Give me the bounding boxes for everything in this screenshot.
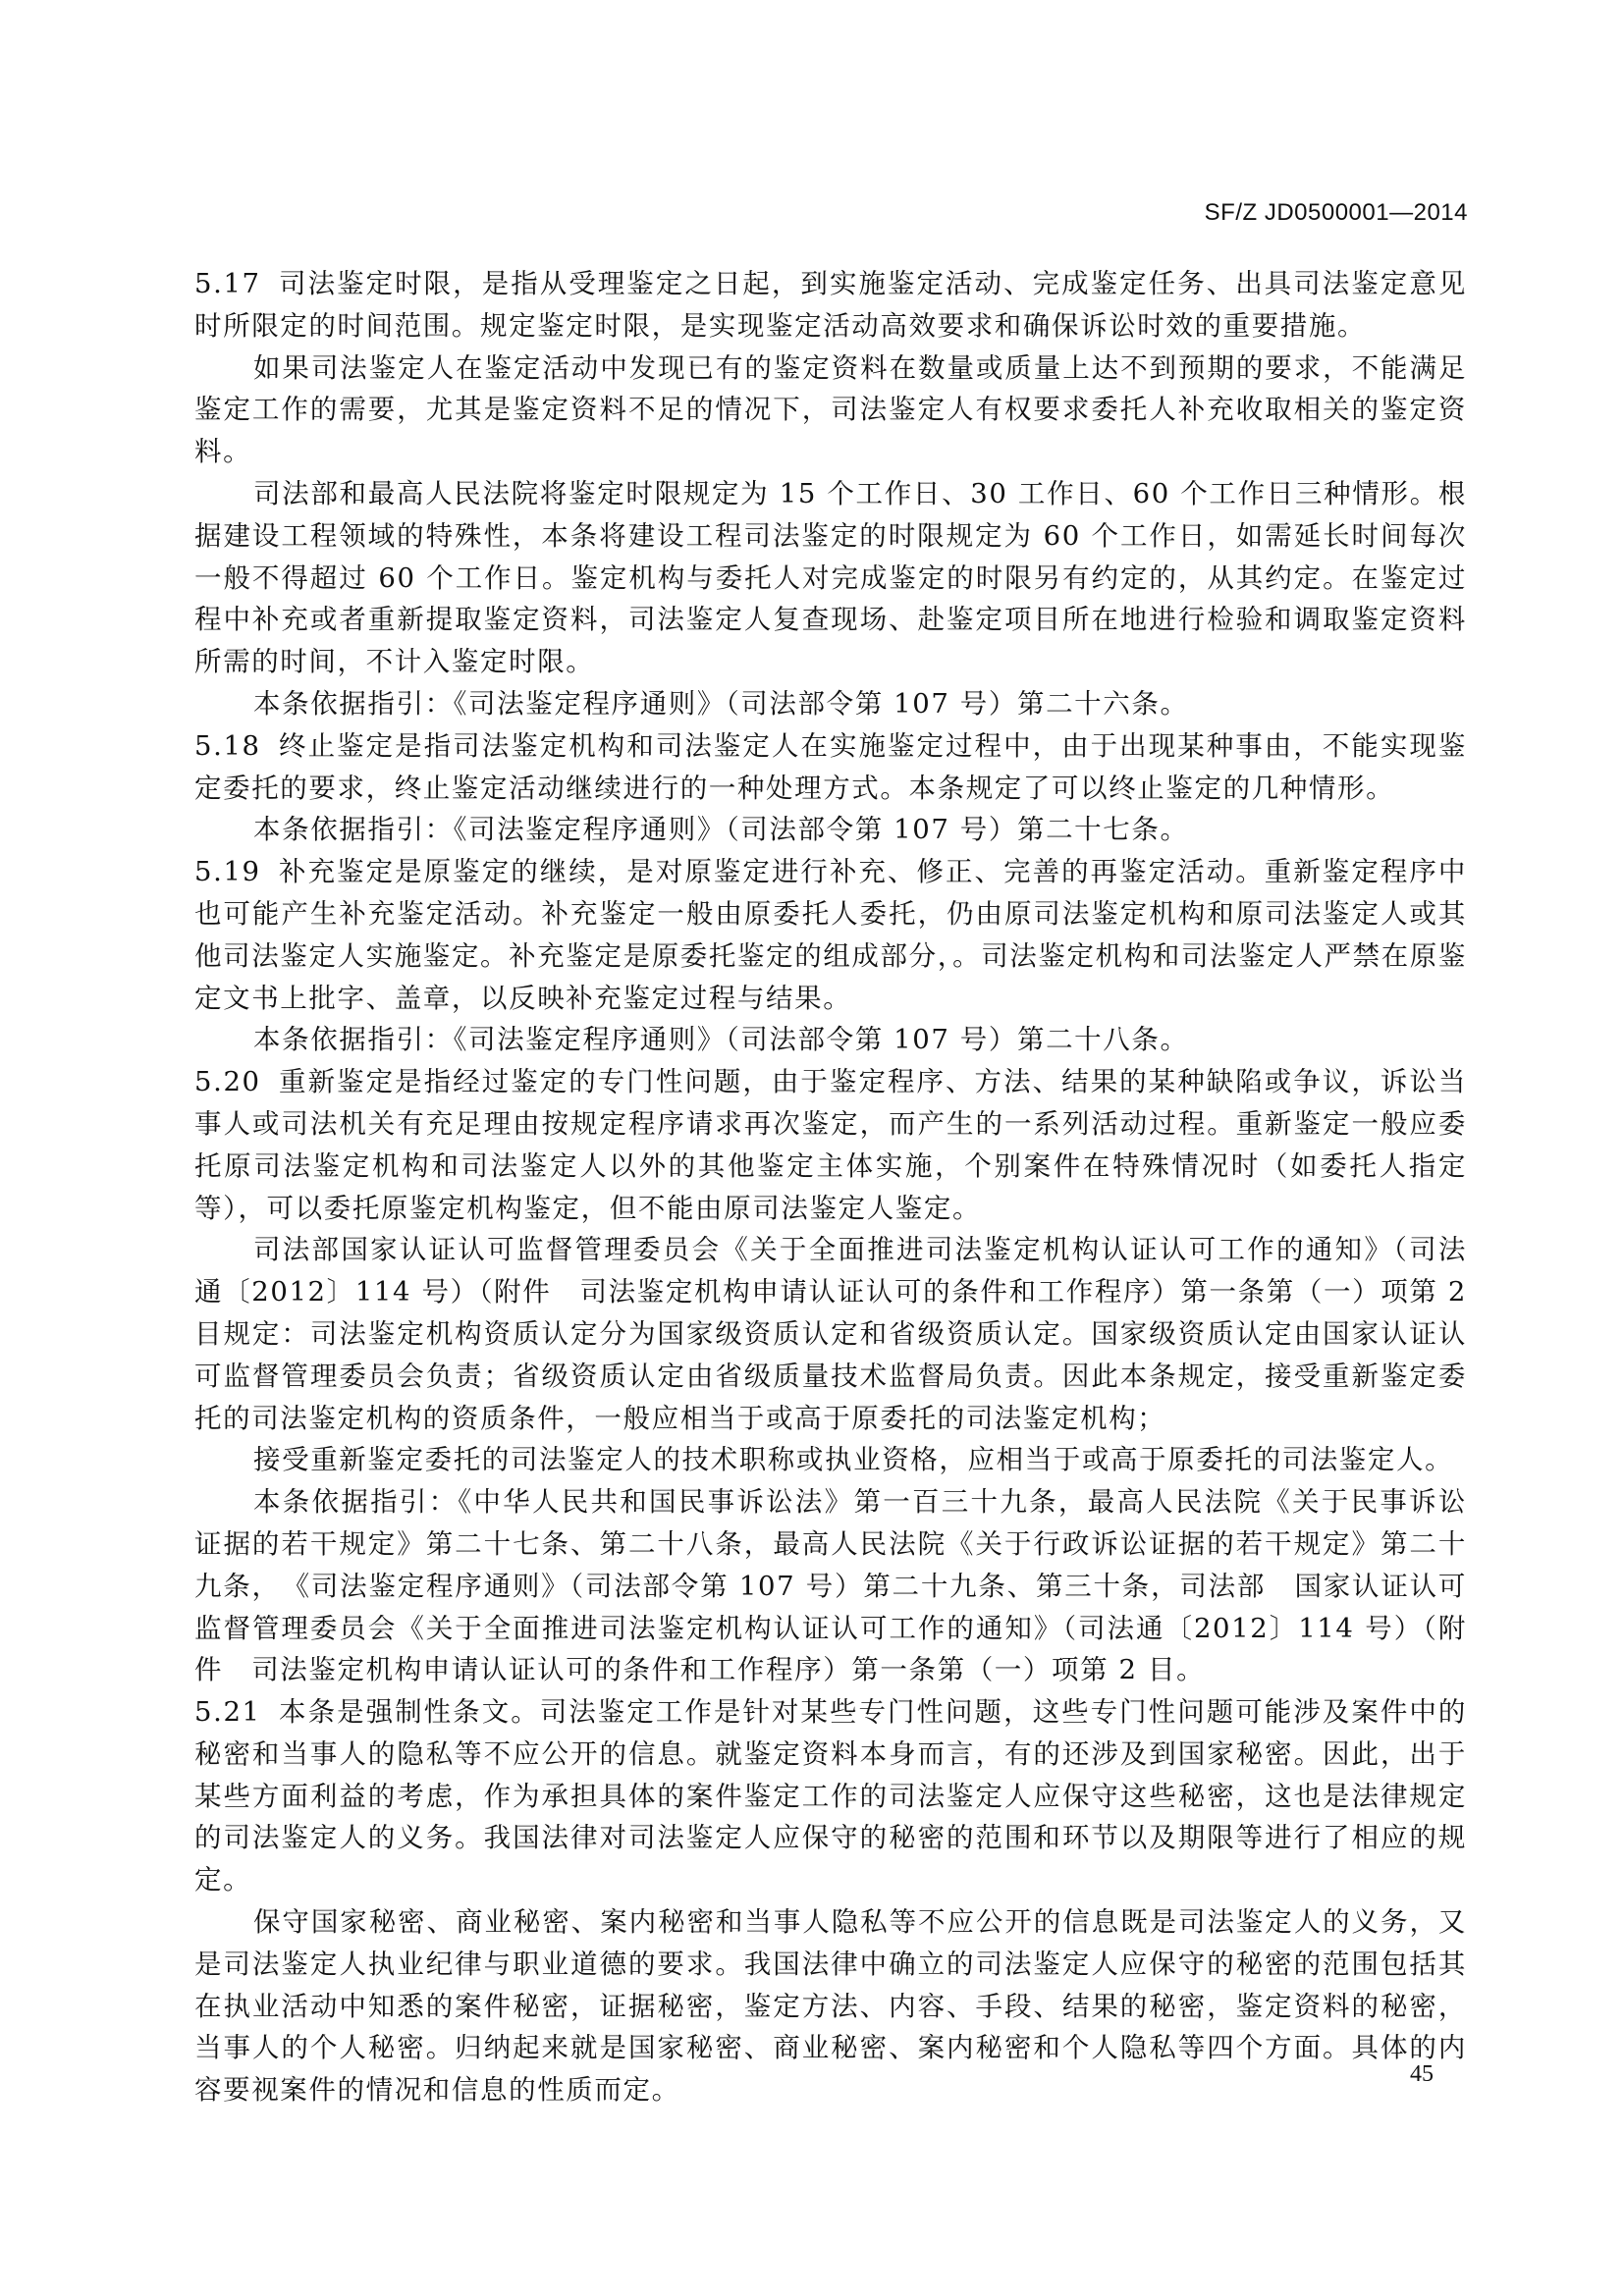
clause-5-21: 5.21本条是强制性条文。司法鉴定工作是针对某些专门性问题，这些专门性问题可能涉…: [194, 1691, 1467, 1901]
clause-number: 5.21: [194, 1696, 261, 1728]
clause-text: 补充鉴定是原鉴定的继续，是对原鉴定进行补充、修正、完善的再鉴定活动。重新鉴定程序…: [194, 856, 1467, 1013]
paragraph: 司法部和最高人民法院将鉴定时限规定为 15 个工作日、30 工作日、60 个工作…: [194, 473, 1467, 683]
clause-5-19: 5.19补充鉴定是原鉴定的继续，是对原鉴定进行补充、修正、完善的再鉴定活动。重新…: [194, 851, 1467, 1019]
clause-number: 5.17: [194, 268, 261, 299]
paragraph: 司法部国家认证认可监督管理委员会《关于全面推进司法鉴定机构认证认可工作的通知》（…: [194, 1229, 1467, 1439]
basis-reference: 本条依据指引：《司法鉴定程序通则》（司法部令第 107 号）第二十六条。: [194, 683, 1467, 725]
clause-5-20: 5.20重新鉴定是指经过鉴定的专门性问题，由于鉴定程序、方法、结果的某种缺陷或争…: [194, 1061, 1467, 1229]
basis-reference: 本条依据指引：《司法鉴定程序通则》（司法部令第 107 号）第二十七条。: [194, 809, 1467, 851]
basis-reference: 本条依据指引：《司法鉴定程序通则》（司法部令第 107 号）第二十八条。: [194, 1019, 1467, 1061]
clause-number: 5.20: [194, 1066, 261, 1097]
clause-number: 5.18: [194, 730, 261, 762]
clause-text: 终止鉴定是指司法鉴定机构和司法鉴定人在实施鉴定过程中，由于出现某种事由，不能实现…: [194, 730, 1467, 804]
basis-reference: 本条依据指引：《中华人民共和国民事诉讼法》第一百三十九条，最高人民法院《关于民事…: [194, 1481, 1467, 1691]
clause-text: 本条是强制性条文。司法鉴定工作是针对某些专门性问题，这些专门性问题可能涉及案件中…: [194, 1696, 1467, 1896]
page-number: 45: [1410, 2061, 1434, 2088]
clause-5-17: 5.17司法鉴定时限，是指从受理鉴定之日起，到实施鉴定活动、完成鉴定任务、出具司…: [194, 263, 1467, 347]
clause-number: 5.19: [194, 856, 261, 887]
document-body: 5.17司法鉴定时限，是指从受理鉴定之日起，到实施鉴定活动、完成鉴定任务、出具司…: [194, 263, 1467, 2111]
paragraph: 保守国家秘密、商业秘密、案内秘密和当事人隐私等不应公开的信息既是司法鉴定人的义务…: [194, 1901, 1467, 2111]
paragraph: 接受重新鉴定委托的司法鉴定人的技术职称或执业资格，应相当于或高于原委托的司法鉴定…: [194, 1439, 1467, 1481]
paragraph: 如果司法鉴定人在鉴定活动中发现已有的鉴定资料在数量或质量上达不到预期的要求，不能…: [194, 347, 1467, 473]
document-standard-code: SF/Z JD0500001—2014: [1178, 199, 1468, 227]
clause-text: 司法鉴定时限，是指从受理鉴定之日起，到实施鉴定活动、完成鉴定任务、出具司法鉴定意…: [194, 268, 1467, 342]
clause-text: 重新鉴定是指经过鉴定的专门性问题，由于鉴定程序、方法、结果的某种缺陷或争议，诉讼…: [194, 1066, 1467, 1223]
clause-5-18: 5.18终止鉴定是指司法鉴定机构和司法鉴定人在实施鉴定过程中，由于出现某种事由，…: [194, 725, 1467, 810]
